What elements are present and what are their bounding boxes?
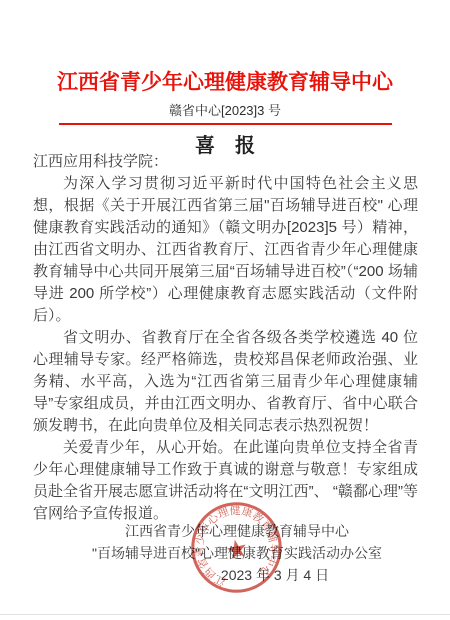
document-number: 赣省中心[2023]3 号: [0, 100, 450, 119]
page-bottom-divider: [0, 614, 450, 615]
body-paragraph-2: 省文明办、省教育厅在全省各级各类学校遴选 40 位心理辅导专家。经严格筛选，贵校…: [33, 327, 418, 437]
seal-star-icon: ★: [223, 534, 251, 566]
salutation: 江西应用科技学院：: [33, 151, 418, 173]
announcement-document: 江西省青少年心理健康教育辅导中心 赣省中心[2023]3 号 喜 报 江西应用科…: [0, 0, 450, 620]
letterhead-divider: [59, 123, 392, 125]
document-body: 江西应用科技学院： 为深入学习贯彻习近平新时代中国特色社会主义思想，根据《关于开…: [33, 151, 418, 525]
body-paragraph-1: 为深入学习贯彻习近平新时代中国特色社会主义思想，根据《关于开展江西省第三届"百场…: [33, 173, 418, 327]
letterhead-title: 江西省青少年心理健康教育辅导中心: [0, 66, 450, 96]
official-seal: 江西省青少年心理健康教育辅导中心 ★: [180, 491, 293, 604]
